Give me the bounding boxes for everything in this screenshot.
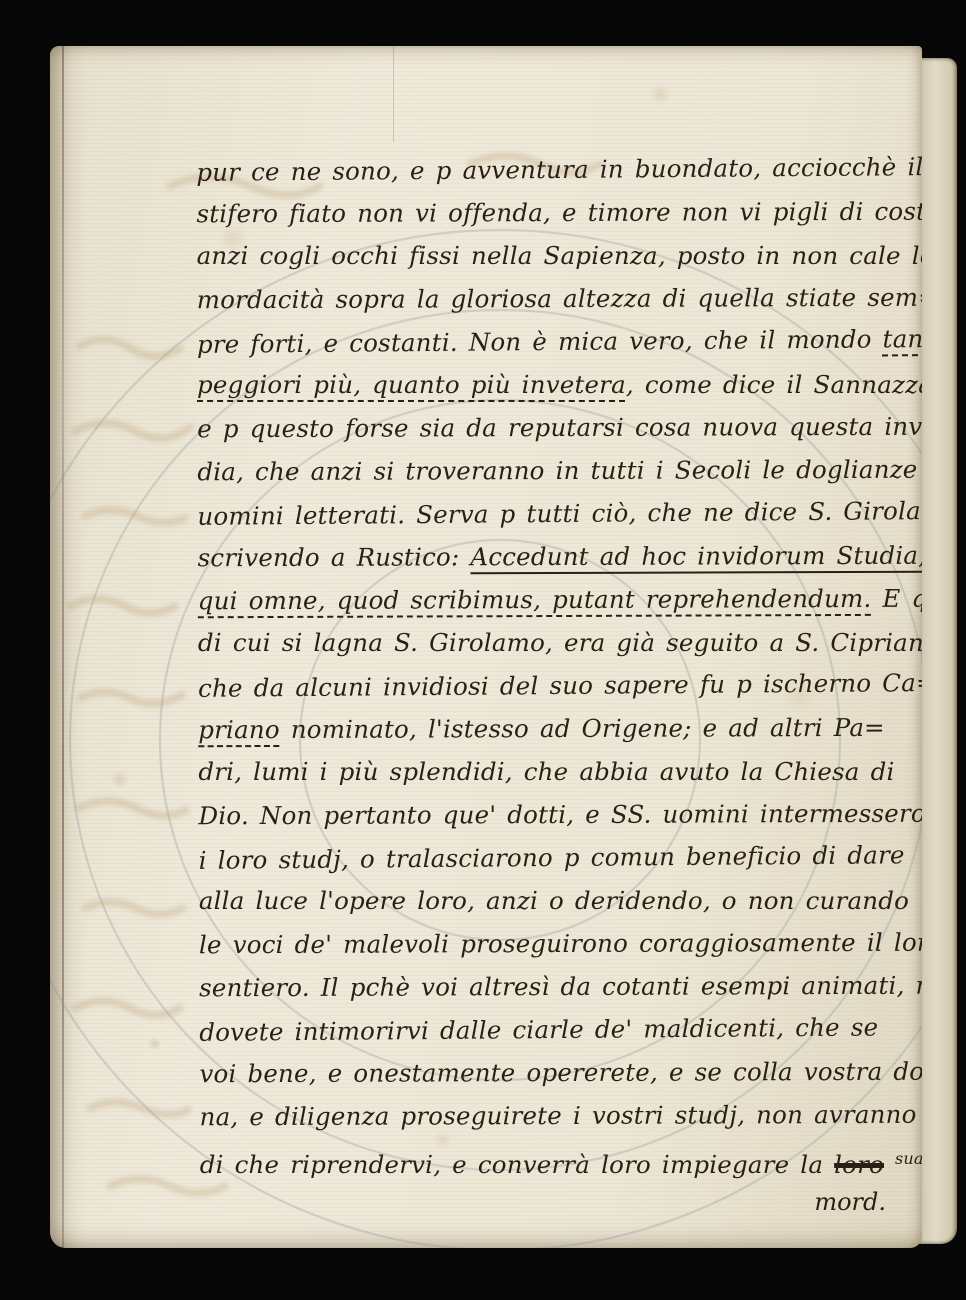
- manuscript-text-segment: E quello,: [871, 583, 922, 612]
- manuscript-line: pre forti, e costanti. Non è mica vero, …: [197, 317, 915, 366]
- manuscript-text-segment: tanto: [882, 324, 922, 354]
- manuscript-text-segment: Accedunt ad hoc invidorum Studia,: [470, 541, 922, 572]
- manuscript-line: uomini letterati. Serva p tutti ciò, che…: [197, 489, 915, 538]
- manuscript-text-segment: voi bene, e onestamente opererete, e se …: [199, 1057, 922, 1089]
- manuscript-text-segment: Dio. Non pertanto que' dotti, e SS. uomi…: [198, 799, 922, 831]
- manuscript-line: pur ce ne sono, e p avventura in buondat…: [196, 145, 914, 194]
- photo-background: pur ce ne sono, e p avventura in buondat…: [0, 0, 966, 1300]
- underpage-crease: [393, 46, 394, 142]
- manuscript-line: dia, che anzi si troveranno in tutti i S…: [197, 448, 915, 494]
- manuscript-text-segment: uomini letterati. Serva p tutti ciò, che…: [197, 496, 922, 531]
- manuscript-line: peggiori più, quanto più invetera, come …: [197, 363, 915, 406]
- manuscript-line: qui omne, quod scribimus, putant reprehe…: [198, 577, 916, 623]
- manuscript-text: pur ce ne sono, e p avventura in buondat…: [196, 147, 918, 1182]
- manuscript-line: scrivendo a Rustico: Accedunt ad hoc inv…: [198, 534, 916, 580]
- manuscript-text-segment: scrivendo a Rustico:: [198, 542, 471, 572]
- manuscript-line: mordacità sopra la gloriosa altezza di q…: [197, 276, 915, 322]
- manuscript-line: dri, lumi i più splendidi, che abbia avu…: [198, 750, 916, 793]
- manuscript-text-segment: pre forti, e costanti. Non è mica vero, …: [197, 324, 883, 358]
- manuscript-text-segment: sentiero. Il pchè voi altresì da cotanti…: [199, 971, 922, 1003]
- manuscript-line: na, e diligenza proseguirete i vostri st…: [200, 1093, 918, 1139]
- manuscript-line: sentiero. Il pchè voi altresì da cotanti…: [199, 964, 917, 1010]
- page-stack-edge: [916, 58, 957, 1244]
- manuscript-line: anzi cogli occhi fissi nella Sapienza, p…: [197, 234, 915, 277]
- manuscript-text-segment: dia, che anzi si troveranno in tutti i S…: [197, 454, 922, 486]
- manuscript-text-segment: dovete intimorirvi dalle ciarle de' mald…: [199, 1012, 878, 1046]
- manuscript-text-segment: che da alcuni invidiosi del suo sapere f…: [198, 668, 922, 703]
- manuscript-text-segment: , come dice il Sannazzaro,: [626, 370, 922, 399]
- manuscript-line: e p questo forse sia da reputarsi cosa n…: [197, 405, 915, 451]
- manuscript-line: le voci de' malevoli proseguirono coragg…: [199, 921, 917, 967]
- manuscript-text-segment: di che riprendervi, e converrà loro impi…: [200, 1150, 834, 1179]
- manuscript-text-segment: dri, lumi i più splendidi, che abbia avu…: [198, 757, 894, 786]
- manuscript-text-segment: alla luce l'opere loro, anzi o deridendo…: [199, 886, 909, 915]
- manuscript-text-segment: sua: [895, 1149, 922, 1168]
- manuscript-line: che da alcuni invidiosi del suo sapere f…: [198, 661, 916, 710]
- manuscript-line: di cui si lagna S. Girolamo, era già seg…: [198, 621, 916, 664]
- manuscript-line: dovete intimorirvi dalle ciarle de' mald…: [199, 1005, 917, 1054]
- manuscript-text-segment: pur ce ne sono, e p avventura in buondat…: [196, 151, 922, 187]
- manuscript-text-segment: le voci de' malevoli proseguirono coragg…: [199, 928, 922, 960]
- manuscript-text-segment: loro: [834, 1150, 884, 1179]
- manuscript-line: stifero fiato non vi offenda, e timore n…: [196, 190, 914, 236]
- manuscript-text-segment: na, e diligenza proseguirete i vostri st…: [200, 1100, 917, 1132]
- catchword: mord.: [814, 1188, 886, 1216]
- manuscript-line: priano nominato, l'istesso ad Origene; e…: [198, 706, 916, 752]
- manuscript-text-segment: nominato, l'istesso ad Origene; e ad alt…: [280, 713, 885, 744]
- manuscript-text-segment: di cui si lagna S. Girolamo, era già seg…: [198, 628, 922, 657]
- manuscript-text-segment: i loro studj, o tralasciarono p comun be…: [199, 840, 905, 875]
- manuscript-line: di che riprendervi, e converrà loro impi…: [200, 1137, 918, 1180]
- manuscript-line: Dio. Non pertanto que' dotti, e SS. uomi…: [198, 792, 916, 838]
- manuscript-text-segment: mordacità sopra la gloriosa altezza di q…: [197, 283, 922, 315]
- manuscript-text-segment: peggiori più, quanto più invetera: [197, 370, 626, 399]
- manuscript-text-segment: [884, 1150, 895, 1179]
- manuscript-line: voi bene, e onestamente opererete, e se …: [199, 1050, 917, 1096]
- manuscript-text-segment: e p questo forse sia da reputarsi cosa n…: [197, 412, 922, 444]
- manuscript-line: alla luce l'opere loro, anzi o deridendo…: [199, 879, 917, 922]
- manuscript-text-segment: qui omne, quod scribimus, putant reprehe…: [198, 584, 872, 615]
- manuscript-line: i loro studj, o tralasciarono p comun be…: [199, 833, 917, 882]
- manuscript-text-segment: anzi cogli occhi fissi nella Sapienza, p…: [197, 241, 922, 270]
- manuscript-text-segment: priano: [198, 715, 280, 744]
- manuscript-page: pur ce ne sono, e p avventura in buondat…: [50, 46, 922, 1248]
- manuscript-text-segment: stifero fiato non vi offenda, e timore n…: [196, 197, 922, 229]
